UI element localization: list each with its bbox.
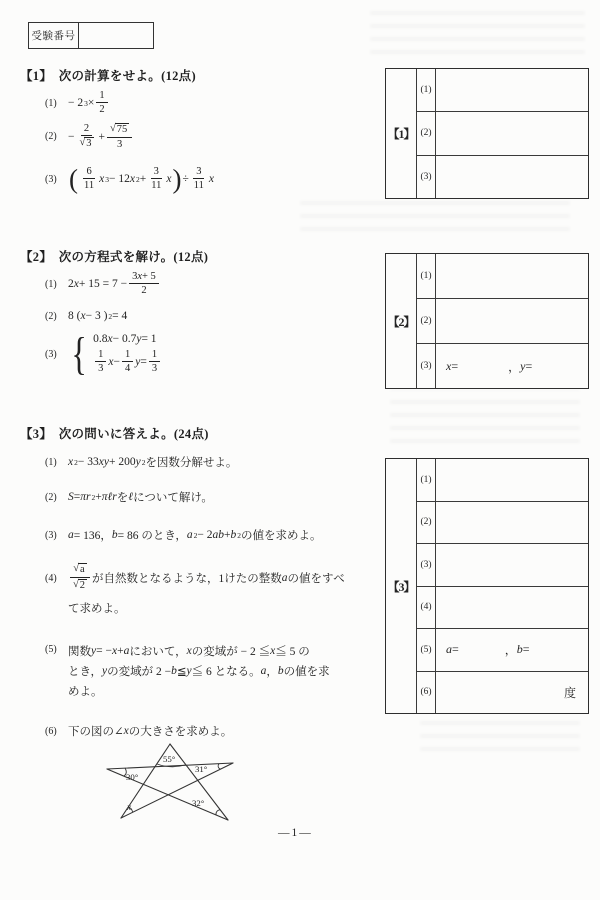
answer-row-number: (2): [417, 502, 436, 544]
math-text: 11: [151, 180, 161, 192]
angle-arc: [218, 764, 220, 770]
angle-label-x: x: [126, 803, 132, 813]
answer-row-number: (1): [417, 254, 436, 298]
problem-lines: S = πr2 + πℓr を ℓ について解け。: [68, 489, 213, 505]
math-fraction: 13: [149, 349, 160, 375]
math-variable: a: [187, 529, 193, 541]
answer-cell: 度: [436, 672, 588, 714]
exam-page: 受験番号 【1】 次の計算をせよ。(12点) 【2】 次の方程式を解け。(12点…: [0, 0, 600, 900]
angle-label-bottom-right: 32°: [192, 798, 205, 808]
math-line: 2 x + 15 = 7 − 3 x + 52: [68, 271, 161, 297]
system-brace: {: [71, 336, 86, 373]
math-line: x2 − 33 xy + 200 y2 を因数分解せよ。: [68, 454, 237, 470]
answer-cell: [436, 156, 588, 198]
math-text: 11: [194, 180, 204, 192]
problem-lines: − 2√3 + √753: [68, 123, 134, 151]
problem-item: (3)a = 136，b = 86 のとき，a2 − 2 ab + b2 の値を…: [45, 527, 322, 543]
fraction-denominator: 3: [149, 362, 160, 375]
answer-cell: [436, 299, 588, 343]
math-text: 3: [154, 166, 159, 178]
problem-number: (2): [45, 131, 68, 142]
section-2-heading: 【2】 次の方程式を解け。(12点): [20, 247, 208, 265]
math-text: ≦: [177, 664, 187, 678]
fraction-denominator: 11: [191, 179, 207, 192]
math-text: 4: [125, 363, 130, 375]
answer-row: (2): [417, 298, 588, 343]
problem-lines: 関数 y = − x + a において，x の変域が − 2 ≦ x ≦ 5 の…: [68, 641, 330, 701]
square-root: √75: [110, 123, 129, 137]
exam-number-label: 受験番号: [29, 23, 79, 48]
answer-row: (1): [417, 69, 588, 111]
math-text: 関数: [68, 643, 91, 659]
math-variable: y: [136, 456, 141, 468]
problem-item: (1)2 x + 15 = 7 − 3 x + 52: [45, 271, 161, 297]
math-line: − 23 × 12: [68, 90, 110, 116]
bleed-through-artifact: [390, 390, 580, 452]
answer-cell: [436, 69, 588, 111]
parenthesis: ): [172, 167, 181, 191]
fraction-numerator: 1: [122, 349, 133, 362]
answer-rows: (1)(2)(3)x =，y =: [417, 254, 588, 388]
radicand: 3: [84, 137, 93, 151]
problem-lines: {0.8x − 0.7y = 113 x − 14 y = 13: [68, 333, 162, 375]
answer-cell: [436, 587, 588, 629]
math-line: めよ。: [68, 681, 330, 701]
problem-lines: x2 − 33 xy + 200 y2 を因数分解せよ。: [68, 454, 237, 470]
math-text: +: [140, 173, 147, 185]
problem-number: (1): [45, 279, 68, 290]
problem-item: (1)− 23 × 12: [45, 90, 110, 116]
math-text: 1: [152, 349, 157, 361]
unit-label: 度: [564, 684, 576, 701]
math-text: において，: [129, 643, 186, 659]
math-text: 6: [86, 166, 91, 178]
answer-row-number: (3): [417, 544, 436, 586]
answer-gap: [459, 649, 505, 650]
math-text: =: [523, 642, 530, 657]
problem-number: (2): [45, 492, 68, 503]
math-fraction: 3 x + 52: [129, 271, 159, 297]
answer-row: (3)x =，y =: [417, 343, 588, 388]
radicand: 75: [115, 123, 130, 137]
answer-row-number: (1): [417, 69, 436, 111]
answer-row: (3): [417, 155, 588, 198]
math-line: (611x3 − 12 x2 + 311x) ÷ 311x: [68, 166, 214, 192]
math-text: −: [68, 131, 75, 143]
answer-cell: [436, 502, 588, 544]
exam-number-box: 受験番号: [28, 22, 154, 49]
math-text: = 136，: [74, 527, 112, 543]
math-fraction: 14: [122, 349, 133, 375]
math-fraction: 611: [81, 166, 97, 192]
math-text: が自然数となるような，1けたの整数: [92, 570, 282, 586]
star-figure: 55° 30° 31° 32° x: [95, 735, 325, 835]
math-text: の変域が 2 −: [107, 663, 171, 679]
problem-item: (2)8 ( x − 3 )2 = 4: [45, 308, 127, 324]
angle-label-right: 31°: [195, 764, 208, 774]
fraction-denominator: 2: [138, 284, 149, 297]
fraction-denominator: √2: [70, 578, 90, 593]
math-variable: xy: [99, 456, 109, 468]
math-text: 2: [99, 104, 104, 116]
problem-lines: − 23 × 12: [68, 90, 110, 116]
fraction-denominator: 3: [95, 362, 106, 375]
math-text: の値を求: [284, 663, 330, 679]
math-text: − 12: [109, 173, 130, 185]
math-text: を因数分解せよ。: [145, 454, 237, 470]
problem-item: (5)関数 y = − x + a において，x の変域が − 2 ≦ x ≦ …: [45, 641, 330, 701]
fraction-denominator: 11: [81, 179, 97, 192]
math-text: 1: [125, 349, 130, 361]
math-fraction: 13: [95, 349, 106, 375]
math-text: 3: [152, 363, 157, 375]
math-text: + 200: [109, 456, 136, 468]
math-line: とき，y の変域が 2 − b ≦ y ≦ 6 となる。a，b の値を求: [68, 661, 330, 681]
math-fraction: 311: [191, 166, 207, 192]
answer-cell: [436, 112, 588, 154]
problem-item: (3){0.8x − 0.7y = 113 x − 14 y = 13: [45, 333, 162, 375]
fraction-numerator: √a: [70, 563, 89, 578]
math-variable: πℓr: [102, 491, 117, 503]
math-text: 3: [117, 139, 122, 151]
problem-number: (1): [45, 457, 68, 468]
answer-table-3: 【3】(1)(2)(3)(4)(5)a =，b =(6)度: [385, 458, 589, 714]
math-text: の変域が − 2 ≦: [192, 643, 270, 659]
math-text: の値をすべ: [288, 570, 345, 586]
math-fraction: 2√3: [77, 123, 97, 151]
answer-cell: [436, 459, 588, 501]
system-line: 0.8x − 0.7y = 1: [93, 333, 162, 345]
math-text: − 3 ): [86, 310, 108, 322]
math-text: 2: [84, 123, 89, 135]
problem-item: (1)x2 − 33 xy + 200 y2 を因数分解せよ。: [45, 454, 237, 470]
answer-row-number: (4): [417, 587, 436, 629]
math-text: について解け。: [133, 489, 213, 505]
section-3-heading: 【3】 次の問いに答えよ。(24点): [20, 424, 209, 442]
system-lines: 0.8x − 0.7y = 113 x − 14 y = 13: [93, 333, 162, 375]
problem-number: (4): [45, 573, 68, 584]
math-variable: πr: [80, 491, 90, 503]
math-text: 8 (: [68, 310, 80, 322]
math-variable: x: [130, 173, 135, 185]
math-line: {0.8x − 0.7y = 113 x − 14 y = 13: [68, 333, 162, 375]
problem-item: (3)(611x3 − 12 x2 + 311x) ÷ 311x: [45, 166, 214, 192]
answer-row-number: (5): [417, 629, 436, 671]
problem-number: (5): [45, 644, 68, 655]
math-fraction: 12: [96, 90, 107, 116]
fraction-numerator: 3 x + 5: [129, 271, 159, 284]
math-line: − 2√3 + √753: [68, 123, 134, 151]
answer-row-number: (3): [417, 156, 436, 198]
answer-cell: [436, 544, 588, 586]
fraction-denominator: 2: [96, 103, 107, 116]
math-text: ×: [88, 97, 95, 109]
math-text: 11: [84, 180, 94, 192]
math-text: ≦ 5 の: [275, 643, 310, 659]
math-text: = 4: [112, 310, 127, 322]
math-line: a = 136，b = 86 のとき，a2 − 2 ab + b2 の値を求めよ…: [68, 527, 322, 543]
math-text: とき，: [68, 663, 102, 679]
problem-number: (3): [45, 174, 68, 185]
fraction-numerator: 1: [149, 349, 160, 362]
fraction-denominator: 11: [148, 179, 164, 192]
math-text: ，: [266, 663, 278, 679]
math-text: て求めよ。: [68, 600, 126, 616]
math-line: 8 ( x − 3 )2 = 4: [68, 308, 127, 324]
page-number: —1—: [278, 827, 313, 839]
answer-table-label: 【2】: [386, 254, 417, 388]
math-text: 3: [196, 166, 201, 178]
math-variable: x: [68, 456, 73, 468]
answer-row-number: (6): [417, 672, 436, 714]
math-line: 関数 y = − x + a において，x の変域が − 2 ≦ x ≦ 5 の: [68, 641, 330, 661]
fraction-numerator: √75: [107, 123, 132, 138]
math-variable: ab: [213, 529, 225, 541]
bleed-through-artifact: [300, 198, 570, 240]
problem-number: (2): [45, 311, 68, 322]
math-text: − 2: [197, 529, 212, 541]
parenthesis: (: [69, 167, 78, 191]
math-text: − 33: [78, 456, 99, 468]
answer-gap: [458, 366, 508, 367]
star-edge: [170, 744, 228, 820]
math-text: =: [452, 642, 459, 657]
square-root: √a: [73, 563, 86, 577]
math-text: − 0.7: [113, 333, 137, 345]
fraction-numerator: 1: [95, 349, 106, 362]
math-text: = 1: [141, 333, 156, 345]
problem-item: (2)S = πr2 + πℓr を ℓ について解け。: [45, 489, 213, 505]
math-line: S = πr2 + πℓr を ℓ について解け。: [68, 489, 213, 505]
angle-arc: [216, 810, 220, 815]
problem-lines: (611x3 − 12 x2 + 311x) ÷ 311x: [68, 166, 214, 192]
fraction-numerator: 3: [151, 166, 162, 179]
square-root: √2: [73, 579, 87, 593]
math-text: + 5: [142, 271, 156, 283]
math-text: めよ。: [68, 683, 103, 699]
math-text: − 2: [68, 97, 83, 109]
problem-number: (3): [45, 530, 68, 541]
fraction-numerator: 3: [193, 166, 204, 179]
answer-row: (5)a =，b =: [417, 628, 588, 671]
math-variable: x: [209, 173, 214, 185]
math-text: ÷: [182, 173, 188, 185]
answer-row: (4): [417, 586, 588, 629]
math-text: =: [451, 359, 458, 374]
math-text: 2: [141, 285, 146, 297]
square-root: √3: [80, 137, 94, 151]
math-fraction: √753: [107, 123, 132, 151]
angle-label-top: 55°: [163, 754, 176, 764]
section-1-heading: 【1】 次の計算をせよ。(12点): [20, 66, 196, 84]
math-text: 1: [99, 90, 104, 102]
answer-table-label: 【1】: [386, 69, 417, 198]
angle-label-left: 30°: [126, 772, 139, 782]
answer-cell: x =，y =: [436, 344, 588, 388]
fraction-denominator: √3: [77, 136, 97, 151]
fraction-denominator: 4: [122, 362, 133, 375]
math-text: + 15 = 7 −: [79, 278, 127, 290]
math-text: −: [113, 356, 120, 368]
math-text: 1: [98, 349, 103, 361]
problem-lines: √a√2 が自然数となるような，1けたの整数 a の値をすべて求めよ。: [68, 563, 345, 620]
exam-number-field: [79, 23, 153, 48]
answer-rows: (1)(2)(3)(4)(5)a =，b =(6)度: [417, 459, 588, 713]
math-text: = −: [96, 645, 112, 657]
fraction-denominator: 3: [114, 138, 125, 151]
answer-table-1: 【1】(1)(2)(3): [385, 68, 589, 199]
answer-table-label: 【3】: [386, 459, 417, 713]
bleed-through-artifact: [420, 714, 580, 760]
math-text: 0.8: [93, 333, 107, 345]
answer-table-2: 【2】(1)(2)(3)x =，y =: [385, 253, 589, 389]
answer-row: (2): [417, 111, 588, 154]
math-text: の値を求めよ。: [241, 527, 322, 543]
radicand: a: [78, 563, 87, 577]
math-line: √a√2 が自然数となるような，1けたの整数 a の値をすべ: [68, 563, 345, 592]
math-text: = 86 のとき，: [118, 527, 187, 543]
math-text: を: [117, 489, 129, 505]
answer-row: (6)度: [417, 671, 588, 714]
problem-lines: 2 x + 15 = 7 − 3 x + 52: [68, 271, 161, 297]
math-text: ，: [505, 641, 517, 658]
answer-cell: a =，b =: [436, 629, 588, 671]
math-variable: b: [231, 529, 237, 541]
problem-item: (2)− 2√3 + √753: [45, 123, 134, 151]
answer-row-number: (3): [417, 344, 436, 388]
answer-rows: (1)(2)(3): [417, 69, 588, 198]
answer-row-number: (2): [417, 299, 436, 343]
math-text: ，: [508, 358, 520, 375]
fraction-numerator: 1: [96, 90, 107, 103]
problem-item: (4)√a√2 が自然数となるような，1けたの整数 a の値をすべて求めよ。: [45, 563, 345, 620]
answer-row: (3): [417, 543, 588, 586]
answer-row: (1): [417, 254, 588, 298]
problem-lines: a = 136，b = 86 のとき，a2 − 2 ab + b2 の値を求めよ…: [68, 527, 322, 543]
math-text: 3: [98, 363, 103, 375]
problem-number: (6): [45, 726, 68, 737]
math-variable: x: [166, 173, 171, 185]
radicand: 2: [78, 579, 87, 593]
math-text: =: [140, 356, 147, 368]
problem-number: (3): [45, 349, 68, 360]
math-text: +: [99, 131, 106, 143]
answer-cell: [436, 254, 588, 298]
system-line: 13 x − 14 y = 13: [93, 349, 162, 375]
answer-row-number: (1): [417, 459, 436, 501]
math-line: て求めよ。: [68, 600, 345, 616]
equation-system: {0.8x − 0.7y = 113 x − 14 y = 13: [68, 333, 162, 375]
problem-number: (1): [45, 98, 68, 109]
problem-lines: 8 ( x − 3 )2 = 4: [68, 308, 127, 324]
fraction-numerator: 6: [83, 166, 94, 179]
bleed-through-artifact: [370, 8, 585, 63]
math-text: ≦ 6 となる。: [192, 663, 261, 679]
answer-row-number: (2): [417, 112, 436, 154]
math-text: =: [525, 359, 532, 374]
math-fraction: √a√2: [70, 563, 90, 592]
answer-row: (1): [417, 459, 588, 501]
math-variable: x: [99, 173, 104, 185]
fraction-numerator: 2: [81, 123, 92, 136]
answer-row: (2): [417, 501, 588, 544]
math-fraction: 311: [148, 166, 164, 192]
